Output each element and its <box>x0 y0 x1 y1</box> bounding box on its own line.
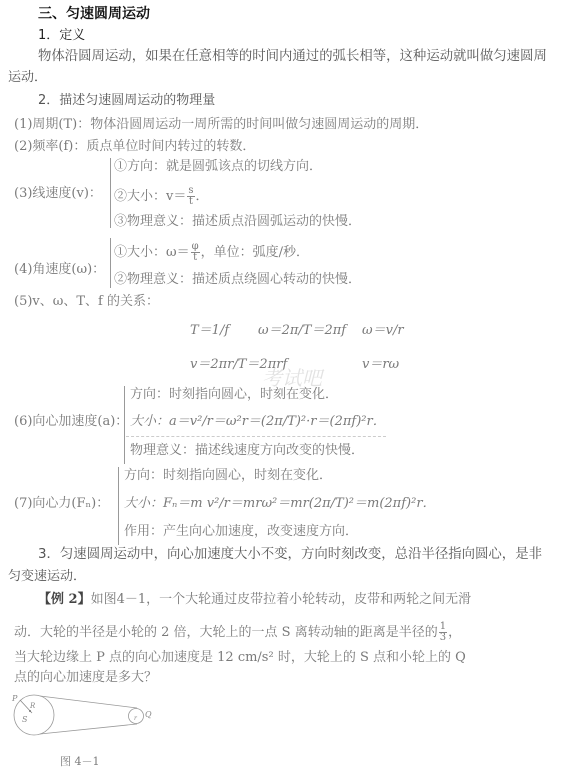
angular-velocity-label: (4)角速度(ω)： <box>14 262 105 278</box>
label-r-small: r <box>134 715 138 722</box>
relations-label: (5)v、ω、T、f 的关系： <box>14 294 159 310</box>
centripetal-force-direction: 方向：时刻指向圆心，时刻在变化． <box>124 468 332 484</box>
section-title: 三、匀速圆周运动 <box>38 6 150 22</box>
s3-line2: 匀变速运动． <box>8 569 86 585</box>
relation-omega: ω＝2π/T＝2πf <box>258 323 346 339</box>
centripetal-force-effect: 作用：产生向心加速度，改变速度方向． <box>124 524 358 540</box>
centripetal-force-magnitude: 大小：Fₙ＝m v²/r＝mrω²＝mr(2π/T)²＝m(2πf)²r． <box>124 496 436 512</box>
angular-velocity-meaning: ②物理意义：描述质点绕圆心转动的快慢． <box>114 272 361 288</box>
fraction: st <box>187 186 194 207</box>
centripetal-acc-magnitude: 大小：a＝v²/r＝ω²r＝(2π/T)²·r＝(2πf)²r． <box>130 414 386 430</box>
example-text: 如图4－1，一个大轮通过皮带拉着小轮转动，皮带和两轮之间无滑 <box>91 592 472 607</box>
brace <box>110 238 111 288</box>
large-wheel <box>14 695 54 735</box>
s1-heading: 1．定义 <box>38 28 85 44</box>
unit-text: ，单位：弧度/秒． <box>201 245 309 260</box>
belt-pulley-figure: P R S Q r <box>0 680 200 774</box>
magnitude-prefix: ②大小：v＝ <box>114 189 186 204</box>
s2-heading: 2．描述匀速圆周运动的物理量 <box>38 93 215 109</box>
example-text: 动．大轮的半径是小轮的 2 倍，大轮上的一点 S 离转动轴的距离是半径的 <box>14 625 438 640</box>
divider <box>126 436 386 437</box>
denominator: t <box>187 197 194 207</box>
centripetal-acc-label: (6)向心加速度(a)： <box>14 414 128 430</box>
denominator: 3 <box>439 633 447 643</box>
frequency-definition: (2)频率(f)：质点单位时间内转过的转数． <box>14 139 255 155</box>
centripetal-acc-meaning: 物理意义：描述线速度方向改变的快慢． <box>130 443 364 459</box>
brace <box>124 386 125 464</box>
relation-omega-v: ω＝v/r <box>362 323 404 339</box>
point-s <box>29 710 31 712</box>
relation-T: T＝1/f <box>190 323 229 339</box>
centripetal-force-label: (7)向心力(Fₙ)： <box>14 496 109 512</box>
label-q: Q <box>145 710 152 719</box>
linear-velocity-label: (3)线速度(v)： <box>14 186 102 202</box>
linear-velocity-magnitude: ②大小：v＝st． <box>114 186 209 207</box>
relation-v-omega: v＝rω <box>362 357 399 373</box>
linear-velocity-direction: ①方向：就是圆弧该点的切线方向． <box>114 159 322 175</box>
example-line3: 当大轮边缘上 P 点的向心加速度是 12 cm/s² 时，大轮上的 S 点和小轮… <box>14 650 466 666</box>
fraction: 13 <box>439 622 447 643</box>
denominator: t <box>191 253 200 263</box>
angular-velocity-magnitude: ①大小：ω＝φt，单位：弧度/秒． <box>114 242 309 263</box>
magnitude-prefix: ①大小：ω＝ <box>114 245 190 260</box>
centripetal-acc-direction: 方向：时刻指向圆心，时刻在变化． <box>130 387 338 403</box>
brace <box>118 467 119 545</box>
fraction: φt <box>191 242 200 263</box>
label-r-big: R <box>29 702 36 710</box>
example-tag: 【例 2】 <box>38 592 91 607</box>
label-s: S <box>22 715 28 724</box>
example-line2: 动．大轮的半径是小轮的 2 倍，大轮上的一点 S 离转动轴的距离是半径的13， <box>14 622 461 643</box>
s1-para-line2: 运动． <box>8 70 47 86</box>
brace <box>110 158 111 228</box>
figure-caption: 图 4－1 <box>60 754 100 770</box>
example-line1: 【例 2】如图4－1，一个大轮通过皮带拉着小轮转动，皮带和两轮之间无滑 <box>38 592 471 608</box>
linear-velocity-meaning: ③物理意义：描述质点沿圆弧运动的快慢． <box>114 214 361 230</box>
belt-top <box>40 696 137 708</box>
label-p: P <box>11 694 18 703</box>
punctuation: ， <box>448 625 461 640</box>
s3-line1: 3．匀速圆周运动中，向心加速度大小不变，方向时刻改变，总沿半径指向圆心，是非 <box>38 547 542 563</box>
belt-bottom <box>40 724 137 734</box>
s1-para-line1: 物体沿圆周运动，如果在任意相等的时间内通过的弧长相等，这种运动就叫做匀速圆周 <box>38 49 547 65</box>
period-definition: (1)周期(T)：物体沿圆周运动一周所需的时间叫做匀速圆周运动的周期． <box>14 117 428 133</box>
